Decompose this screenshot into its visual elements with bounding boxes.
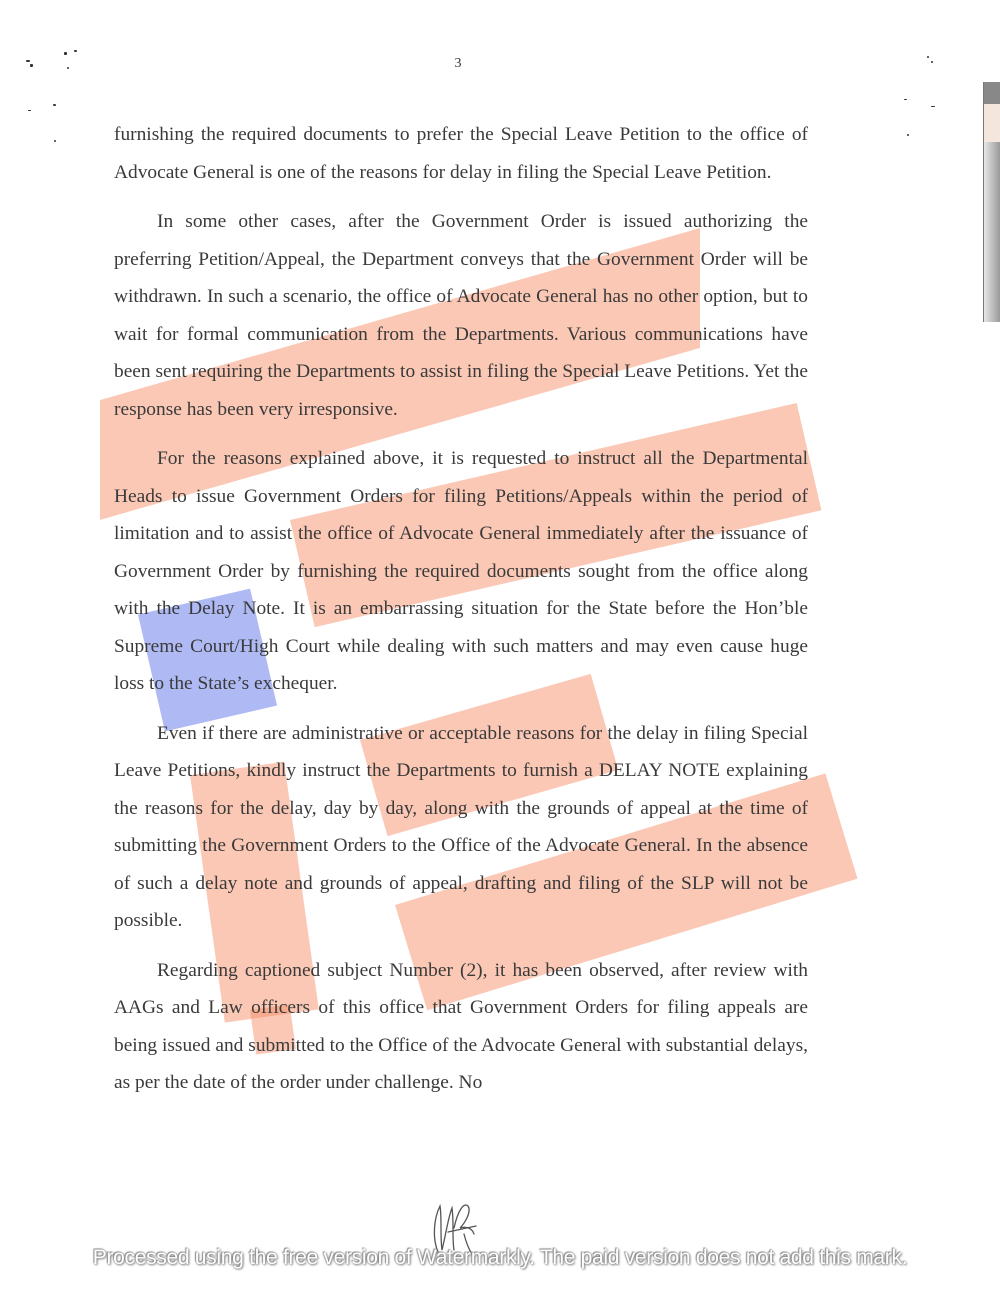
scan-speck [907, 134, 909, 136]
scan-speck [28, 110, 31, 111]
scan-speck [931, 61, 933, 63]
scan-speck [904, 99, 907, 100]
page-edge-shadow [984, 82, 1000, 104]
paragraph-withdrawn-orders: In some other cases, after the Governmen… [114, 203, 808, 428]
paragraph-request-instruction: For the reasons explained above, it is r… [114, 440, 808, 703]
paragraph-delay-note: Even if there are administrative or acce… [114, 715, 808, 940]
scan-speck [53, 104, 56, 106]
scan-speck [54, 140, 56, 142]
scan-speck [64, 52, 67, 55]
paragraph-subject-two: Regarding captioned subject Number (2), … [114, 952, 808, 1102]
page-edge-tint [984, 104, 1000, 142]
paragraph-continuation: furnishing the required documents to pre… [114, 116, 808, 191]
document-body: furnishing the required documents to pre… [114, 116, 808, 1114]
scan-speck [74, 50, 77, 52]
watermark-text: Processed using the free version of Wate… [0, 1246, 1000, 1270]
page-number: 3 [0, 56, 916, 72]
scan-speck [927, 56, 929, 58]
adjacent-page-edge [983, 82, 1000, 322]
scan-speck [931, 106, 935, 107]
